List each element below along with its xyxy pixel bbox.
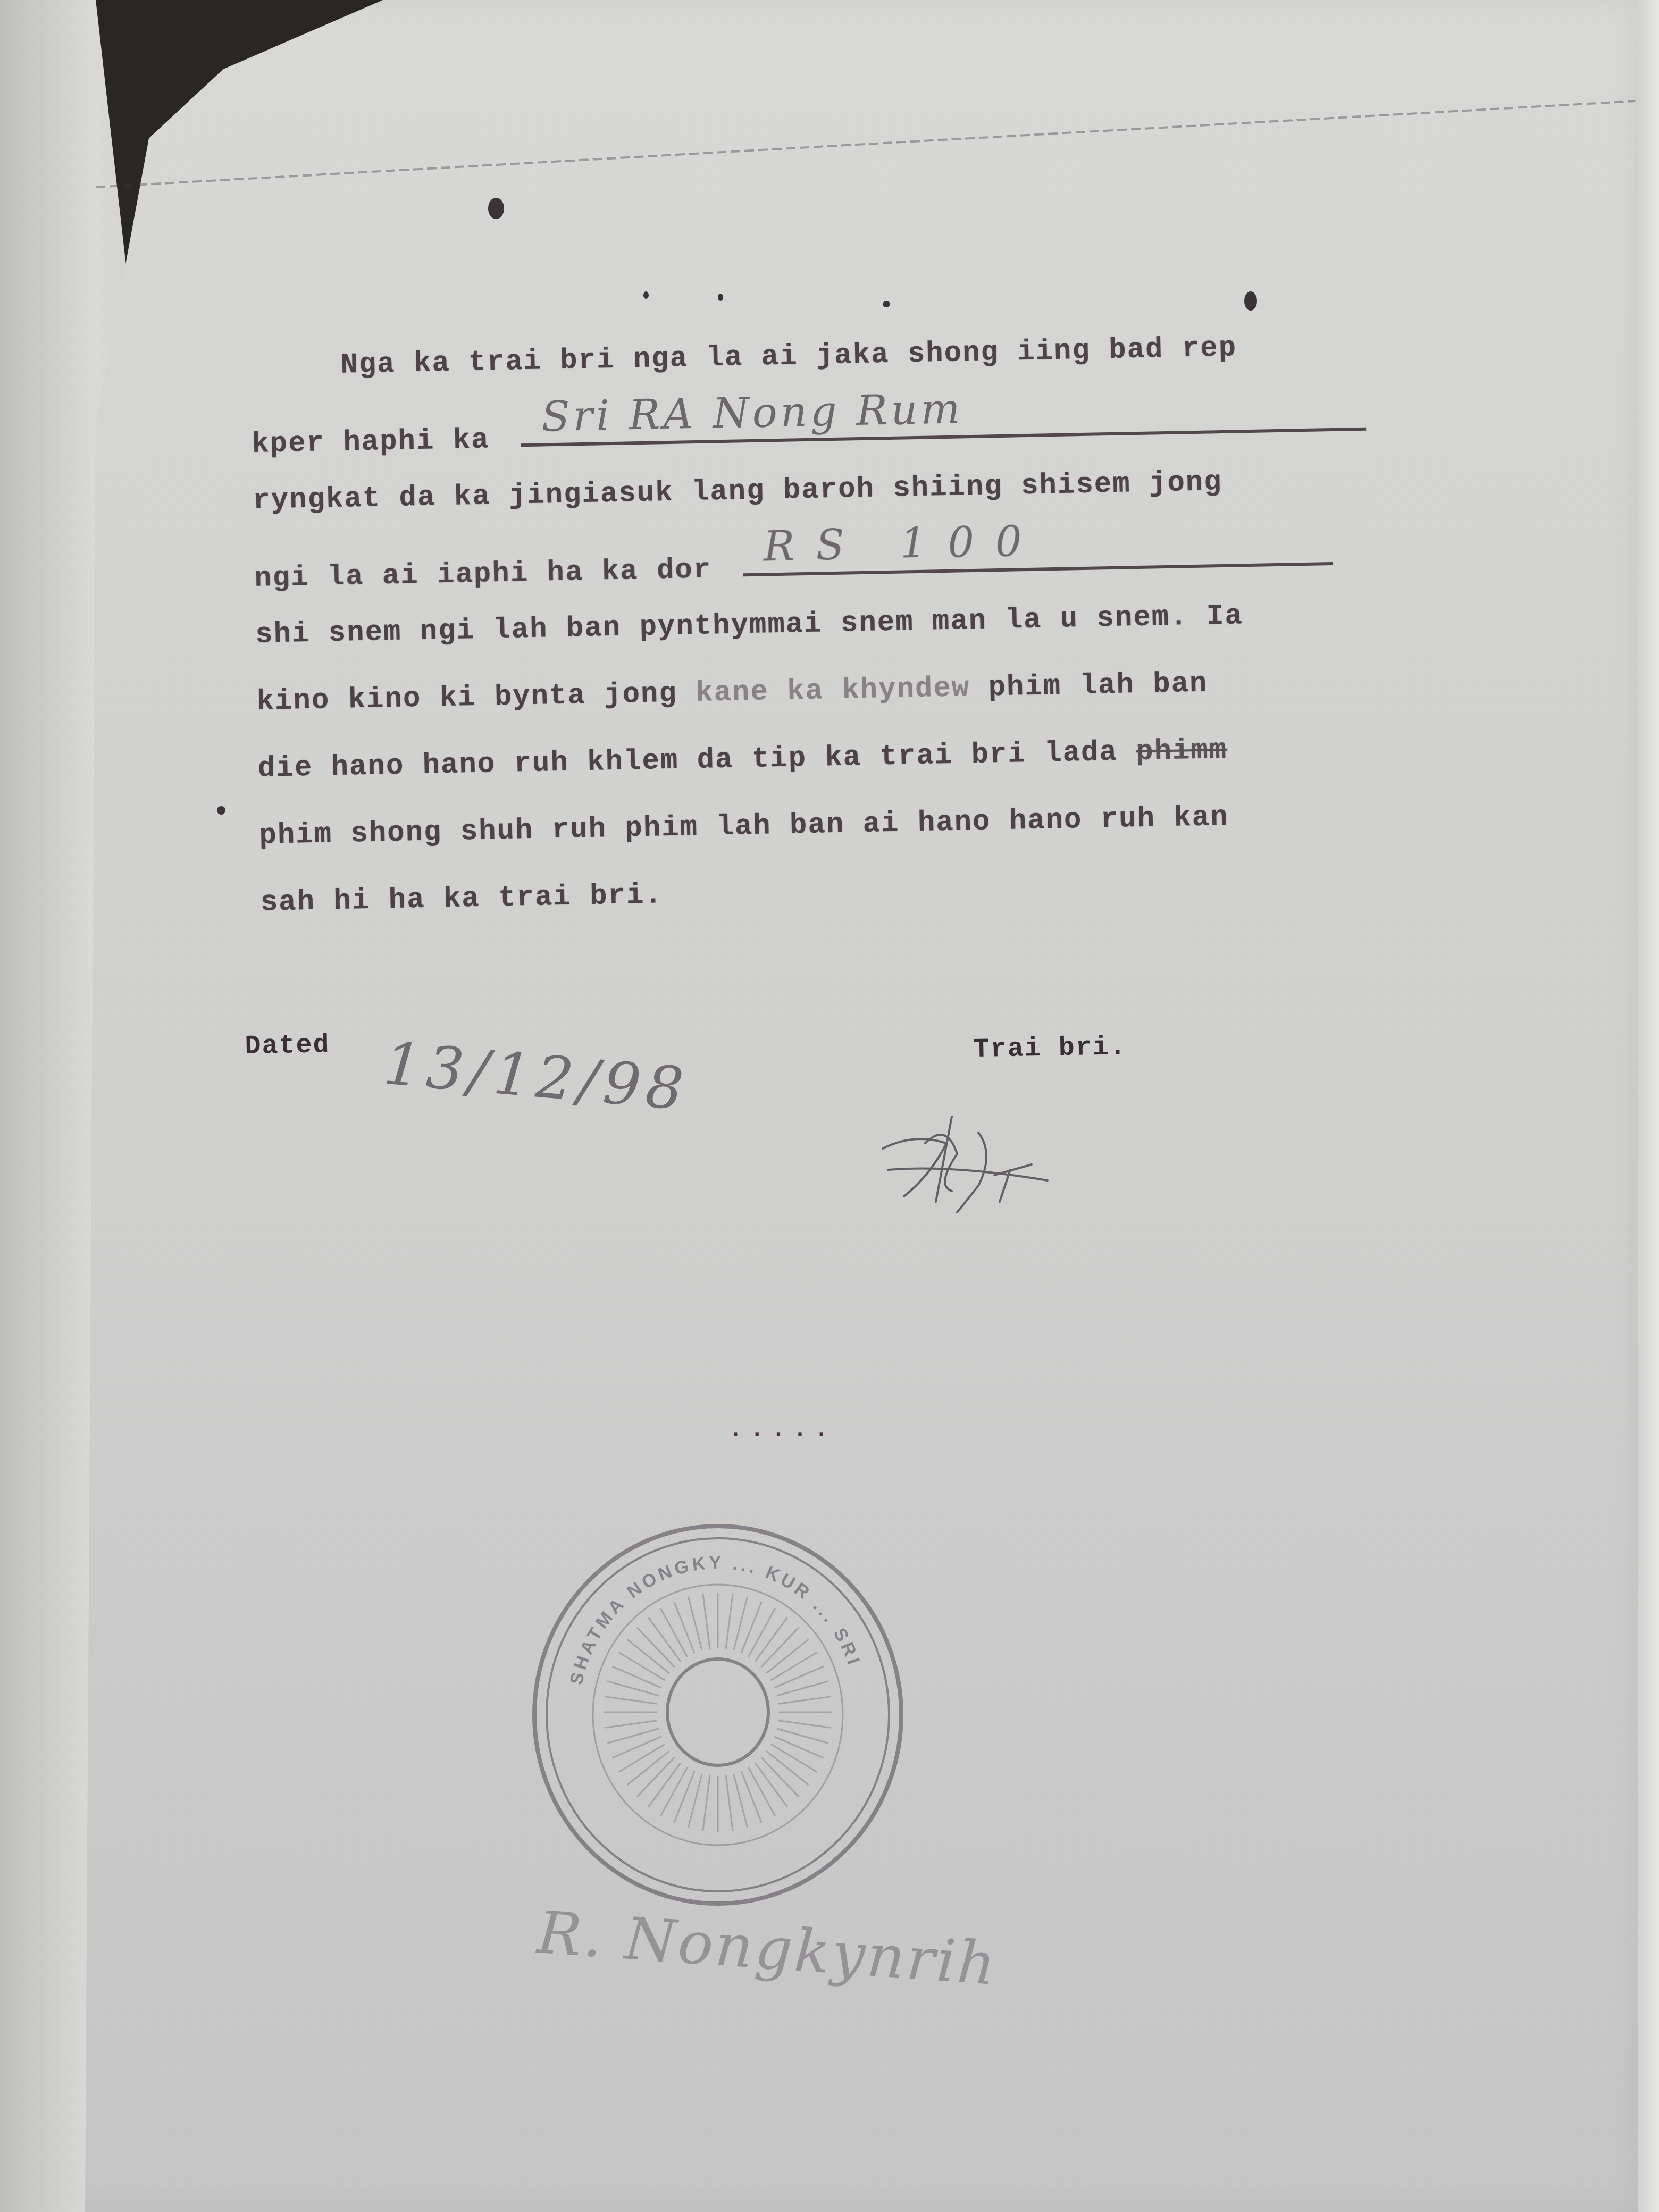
owner-label: Trai bri. bbox=[973, 1032, 1127, 1065]
page-edge bbox=[1638, 0, 1659, 2212]
owner-signature bbox=[872, 1111, 1063, 1218]
faded-text: kane ka khyndew bbox=[696, 672, 970, 710]
body-line-text: phim lah ban bbox=[970, 668, 1208, 705]
tenant-name-field: Sri RA Nong Rum bbox=[520, 397, 1366, 447]
dated-label: Dated bbox=[245, 1030, 330, 1062]
amount-handwritten: RS 100 bbox=[763, 517, 1043, 571]
ink-speck bbox=[1244, 291, 1257, 311]
ink-speck bbox=[883, 301, 890, 307]
ink-speck bbox=[217, 806, 225, 815]
struck-text: phimm bbox=[1136, 734, 1228, 768]
separator-dots: ..... bbox=[728, 1417, 836, 1444]
official-seal: SHATMA NONGKY ... KUR ... SRI bbox=[521, 1510, 915, 1914]
typed-body: Nga ka trai bri nga la ai jaka shong iin… bbox=[250, 329, 1399, 954]
date-handwritten: 13/12/98 bbox=[381, 1029, 691, 1124]
ink-speck bbox=[718, 294, 723, 301]
ink-speck bbox=[488, 198, 504, 219]
amount-field: RS 100 bbox=[742, 531, 1333, 576]
amount-label: ngi la ai iaphi ha ka dor bbox=[254, 554, 712, 595]
ink-speck bbox=[643, 291, 649, 299]
tenant-name-handwritten: Sri RA Nong Rum bbox=[541, 385, 963, 441]
date-signature-row: Dated 13/12/98 Trai bri. bbox=[245, 1011, 1416, 1138]
tenant-label: kper haphi ka bbox=[252, 424, 490, 461]
